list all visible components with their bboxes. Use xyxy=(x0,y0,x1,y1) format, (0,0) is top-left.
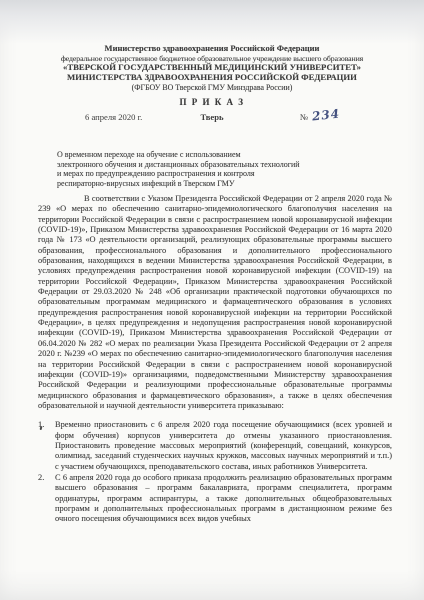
subject-line: и мерах по предупреждению распространени… xyxy=(57,169,357,179)
dateline: 6 апреля 2020 г. Тверь № 234 xyxy=(0,112,424,128)
order-date: 6 апреля 2020 г. xyxy=(85,112,142,122)
preamble-paragraph: В соответствии с Указом Президента Росси… xyxy=(38,194,392,411)
order-item-1: 1. Временно приостановить с 6 апреля 202… xyxy=(38,420,392,472)
order-heading: П Р И К А З xyxy=(0,97,424,107)
order-item-2: 2. С 6 апреля 2020 года до особого прика… xyxy=(38,473,392,525)
order-city: Тверь xyxy=(200,112,223,122)
order-list: 1. Временно приостановить с 6 апреля 202… xyxy=(38,420,392,524)
ministry-name: Министерство здравоохранения Российской … xyxy=(0,44,424,54)
order-item-text: С 6 апреля 2020 года до особого приказа … xyxy=(55,473,392,523)
scanned-order-page: Министерство здравоохранения Российской … xyxy=(0,0,424,600)
university-short-name: (ФГБОУ ВО Тверской ГМУ Минздрава России) xyxy=(0,83,424,93)
subject-line: респираторно-вирусных инфекций в Тверско… xyxy=(57,179,357,189)
order-item-text: Временно приостановить с 6 апреля 2020 г… xyxy=(55,420,392,470)
order-number-label: № xyxy=(300,112,308,122)
letterhead: Министерство здравоохранения Российской … xyxy=(0,44,424,93)
scan-top-shadow xyxy=(0,0,424,44)
order-item-marker: 2. xyxy=(38,473,44,483)
order-subject: О временном переходе на обучение с испол… xyxy=(57,150,357,188)
subject-line: электронного обучения и дистанционных об… xyxy=(57,160,357,170)
ministry-affiliation: МИНИСТЕРСТВА ЗДРАВООХРАНЕНИЯ РОССИЙСКОЙ … xyxy=(0,73,424,83)
handwritten-order-number: 234 xyxy=(311,107,340,124)
scan-bottom-shadow xyxy=(0,570,424,600)
order-body: В соответствии с Указом Президента Росси… xyxy=(38,194,392,526)
subject-line: О временном переходе на обучение с испол… xyxy=(57,150,357,160)
